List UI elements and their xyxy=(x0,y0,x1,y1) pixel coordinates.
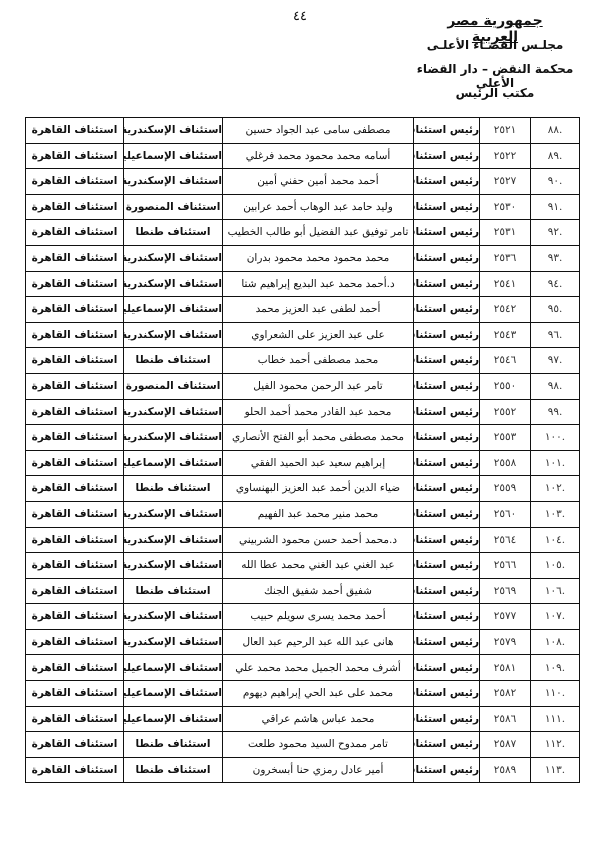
judge-name-cell: شفيق أحمد شفيق الجنك xyxy=(223,578,414,604)
judge-name-cell: أسامه محمد محمود محمد فرغلي xyxy=(223,143,414,169)
table-row: .٩٧٢٥٤٦رئيس استئنافمحمد مصطفى أحمد خطابا… xyxy=(26,348,580,374)
row-index-cell: .٨٩ xyxy=(531,143,580,169)
row-index-cell: .٩٥ xyxy=(531,297,580,323)
row-index-cell: .١١٢ xyxy=(531,732,580,758)
job-title-cell: رئيس استئناف xyxy=(414,297,480,323)
to-court-cell: استئناف القاهرة xyxy=(26,450,124,476)
from-court-cell: استئناف طنطا xyxy=(124,732,223,758)
row-index-cell: .١٠٧ xyxy=(531,604,580,630)
job-title-cell: رئيس استئناف xyxy=(414,220,480,246)
table-row: .٩٨٢٥٥٠رئيس استئنافتامر عبد الرحمن محمود… xyxy=(26,373,580,399)
table-row: .١٠٣٢٥٦٠رئيس استئنافمحمد منير محمد عبد ا… xyxy=(26,501,580,527)
job-title-cell: رئيس استئناف xyxy=(414,169,480,195)
job-title-cell: رئيس استئناف xyxy=(414,527,480,553)
job-title-cell: رئيس استئناف xyxy=(414,732,480,758)
judge-name-cell: أحمد محمد يسرى سويلم حبيب xyxy=(223,604,414,630)
table-row: .١١٢٢٥٨٧رئيس استئنافتامر ممدوح السيد محم… xyxy=(26,732,580,758)
seniority-number-cell: ٢٥٥٨ xyxy=(480,450,531,476)
to-court-cell: استئناف القاهرة xyxy=(26,629,124,655)
from-court-cell: استئناف الإسكندرية xyxy=(124,169,223,195)
to-court-cell: استئناف القاهرة xyxy=(26,578,124,604)
table-row: .٩٦٢٥٤٣رئيس استئنافعلى عبد العزيز على ال… xyxy=(26,322,580,348)
job-title-cell: رئيس استئناف xyxy=(414,655,480,681)
row-index-cell: .١١٣ xyxy=(531,757,580,783)
judge-name-cell: ضياء الدين أحمد عبد العزيز البهنساوي xyxy=(223,476,414,502)
to-court-cell: استئناف القاهرة xyxy=(26,169,124,195)
to-court-cell: استئناف القاهرة xyxy=(26,271,124,297)
table-row: .٩٣٢٥٣٦رئيس استئنافمحمد محمود محمد محمود… xyxy=(26,245,580,271)
seniority-number-cell: ٢٥٤٣ xyxy=(480,322,531,348)
seniority-number-cell: ٢٥٢٧ xyxy=(480,169,531,195)
row-index-cell: .١٠٢ xyxy=(531,476,580,502)
page-number: ٤٤ xyxy=(293,9,307,24)
table-row: .١٠٢٢٥٥٩رئيس استئنافضياء الدين أحمد عبد … xyxy=(26,476,580,502)
seniority-number-cell: ٢٥٤١ xyxy=(480,271,531,297)
from-court-cell: استئناف المنصورة xyxy=(124,373,223,399)
to-court-cell: استئناف القاهرة xyxy=(26,732,124,758)
judge-name-cell: وليد حامد عبد الوهاب أحمد عرابين xyxy=(223,194,414,220)
to-court-cell: استئناف القاهرة xyxy=(26,476,124,502)
from-court-cell: استئناف الإسكندرية xyxy=(124,118,223,144)
seniority-number-cell: ٢٥٣٠ xyxy=(480,194,531,220)
row-index-cell: .٩٩ xyxy=(531,399,580,425)
judge-name-cell: أحمد لطفى عبد العزيز محمد xyxy=(223,297,414,323)
seniority-number-cell: ٢٥٢٢ xyxy=(480,143,531,169)
table-row: .٩١٢٥٣٠رئيس استئنافوليد حامد عبد الوهاب … xyxy=(26,194,580,220)
judge-name-cell: د.محمد أحمد حسن محمود الشربيني xyxy=(223,527,414,553)
judge-name-cell: محمد مصطفى أحمد خطاب xyxy=(223,348,414,374)
to-court-cell: استئناف القاهرة xyxy=(26,348,124,374)
table-row: .١٠٧٢٥٧٧رئيس استئنافأحمد محمد يسرى سويلم… xyxy=(26,604,580,630)
row-index-cell: .١٠٩ xyxy=(531,655,580,681)
seniority-number-cell: ٢٥٥٢ xyxy=(480,399,531,425)
seniority-number-cell: ٢٥٣٦ xyxy=(480,245,531,271)
judge-name-cell: عبد الغني عبد الغني محمد عطا الله xyxy=(223,553,414,579)
judge-name-cell: محمد منير محمد عبد الفهيم xyxy=(223,501,414,527)
job-title-cell: رئيس استئناف xyxy=(414,757,480,783)
job-title-cell: رئيس استئناف xyxy=(414,143,480,169)
job-title-cell: رئيس استئناف xyxy=(414,629,480,655)
table-row: .١٠٩٢٥٨١رئيس استئنافأشرف محمد الجميل محم… xyxy=(26,655,580,681)
from-court-cell: استئناف الإسكندرية xyxy=(124,604,223,630)
job-title-cell: رئيس استئناف xyxy=(414,271,480,297)
to-court-cell: استئناف القاهرة xyxy=(26,553,124,579)
judge-name-cell: على عبد العزيز على الشعراوي xyxy=(223,322,414,348)
seniority-number-cell: ٢٥٣١ xyxy=(480,220,531,246)
from-court-cell: استئناف الإسكندرية xyxy=(124,425,223,451)
header-office: مكتب الرئيس xyxy=(425,86,565,100)
row-index-cell: .٩٧ xyxy=(531,348,580,374)
job-title-cell: رئيس استئناف xyxy=(414,578,480,604)
table-body: .٨٨٢٥٢١رئيس استئنافمصطفى سامى عبد الجواد… xyxy=(26,118,580,783)
table-row: .١١١٢٥٨٦رئيس استئنافمحمد عباس هاشم عراقي… xyxy=(26,706,580,732)
job-title-cell: رئيس استئناف xyxy=(414,604,480,630)
judge-name-cell: أمير عادل رمزي حنا أبسخرون xyxy=(223,757,414,783)
header-council: مجلـس القضـاء الأعلـى xyxy=(425,38,565,52)
table-row: .١٠٦٢٥٦٩رئيس استئنافشفيق أحمد شفيق الجنك… xyxy=(26,578,580,604)
row-index-cell: .١٠٨ xyxy=(531,629,580,655)
from-court-cell: استئناف الإسكندرية xyxy=(124,629,223,655)
job-title-cell: رئيس استئناف xyxy=(414,450,480,476)
from-court-cell: استئناف طنطا xyxy=(124,578,223,604)
judge-name-cell: محمد مصطفى محمد أبو الفتح الأنصاري xyxy=(223,425,414,451)
job-title-cell: رئيس استئناف xyxy=(414,501,480,527)
from-court-cell: استئناف الإسكندرية xyxy=(124,527,223,553)
job-title-cell: رئيس استئناف xyxy=(414,681,480,707)
judge-name-cell: أحمد محمد أمين حفني أمين xyxy=(223,169,414,195)
job-title-cell: رئيس استئناف xyxy=(414,425,480,451)
seniority-number-cell: ٢٥٨٧ xyxy=(480,732,531,758)
judge-name-cell: د.أحمد محمد عبد البديع إبراهيم شتا xyxy=(223,271,414,297)
table-row: .٩٢٢٥٣١رئيس استئنافتامر توفيق عبد الفضيل… xyxy=(26,220,580,246)
to-court-cell: استئناف القاهرة xyxy=(26,399,124,425)
row-index-cell: .١١٠ xyxy=(531,681,580,707)
judges-table: .٨٨٢٥٢١رئيس استئنافمصطفى سامى عبد الجواد… xyxy=(25,117,580,783)
row-index-cell: .٩٠ xyxy=(531,169,580,195)
to-court-cell: استئناف القاهرة xyxy=(26,527,124,553)
from-court-cell: استئناف الإسكندرية xyxy=(124,399,223,425)
from-court-cell: استئناف الإسماعيلية xyxy=(124,706,223,732)
row-index-cell: .١٠١ xyxy=(531,450,580,476)
to-court-cell: استئناف القاهرة xyxy=(26,118,124,144)
judge-name-cell: إبراهيم سعيد عبد الحميد الفقي xyxy=(223,450,414,476)
seniority-number-cell: ٢٥٤٢ xyxy=(480,297,531,323)
seniority-number-cell: ٢٥٦٠ xyxy=(480,501,531,527)
table-row: .٨٨٢٥٢١رئيس استئنافمصطفى سامى عبد الجواد… xyxy=(26,118,580,144)
row-index-cell: .١٠٦ xyxy=(531,578,580,604)
row-index-cell: .٩٨ xyxy=(531,373,580,399)
seniority-number-cell: ٢٥٥٩ xyxy=(480,476,531,502)
row-index-cell: .١٠٤ xyxy=(531,527,580,553)
seniority-number-cell: ٢٥٨١ xyxy=(480,655,531,681)
to-court-cell: استئناف القاهرة xyxy=(26,706,124,732)
judge-name-cell: هانى عبد الله عبد الرحيم عبد العال xyxy=(223,629,414,655)
from-court-cell: استئناف طنطا xyxy=(124,348,223,374)
job-title-cell: رئيس استئناف xyxy=(414,553,480,579)
judge-name-cell: أشرف محمد الجميل محمد محمد علي xyxy=(223,655,414,681)
row-index-cell: .٩٢ xyxy=(531,220,580,246)
table-row: .١٠٤٢٥٦٤رئيس استئنافد.محمد أحمد حسن محمو… xyxy=(26,527,580,553)
row-index-cell: .٩٦ xyxy=(531,322,580,348)
table-row: .١٠٨٢٥٧٩رئيس استئنافهانى عبد الله عبد ال… xyxy=(26,629,580,655)
to-court-cell: استئناف القاهرة xyxy=(26,245,124,271)
table-row: .٩٠٢٥٢٧رئيس استئنافأحمد محمد أمين حفني أ… xyxy=(26,169,580,195)
to-court-cell: استئناف القاهرة xyxy=(26,655,124,681)
to-court-cell: استئناف القاهرة xyxy=(26,322,124,348)
job-title-cell: رئيس استئناف xyxy=(414,118,480,144)
from-court-cell: استئناف الإسماعيلية xyxy=(124,450,223,476)
seniority-number-cell: ٢٥٤٦ xyxy=(480,348,531,374)
from-court-cell: استئناف طنطا xyxy=(124,757,223,783)
from-court-cell: استئناف الإسماعيلية xyxy=(124,681,223,707)
row-index-cell: .٩٤ xyxy=(531,271,580,297)
job-title-cell: رئيس استئناف xyxy=(414,476,480,502)
table-row: .١١٣٢٥٨٩رئيس استئنافأمير عادل رمزي حنا أ… xyxy=(26,757,580,783)
from-court-cell: استئناف الإسكندرية xyxy=(124,271,223,297)
to-court-cell: استئناف القاهرة xyxy=(26,501,124,527)
to-court-cell: استئناف القاهرة xyxy=(26,425,124,451)
from-court-cell: استئناف الإسماعيلية xyxy=(124,297,223,323)
row-index-cell: .١٠٥ xyxy=(531,553,580,579)
job-title-cell: رئيس استئناف xyxy=(414,348,480,374)
seniority-number-cell: ٢٥٥٣ xyxy=(480,425,531,451)
seniority-number-cell: ٢٥٦٦ xyxy=(480,553,531,579)
judge-name-cell: محمد عبد القادر محمد أحمد الحلو xyxy=(223,399,414,425)
table-row: .٨٩٢٥٢٢رئيس استئنافأسامه محمد محمود محمد… xyxy=(26,143,580,169)
judge-name-cell: محمد عباس هاشم عراقي xyxy=(223,706,414,732)
seniority-number-cell: ٢٥٧٩ xyxy=(480,629,531,655)
seniority-number-cell: ٢٥٦٩ xyxy=(480,578,531,604)
table-row: .١٠١٢٥٥٨رئيس استئنافإبراهيم سعيد عبد الح… xyxy=(26,450,580,476)
seniority-number-cell: ٢٥٢١ xyxy=(480,118,531,144)
to-court-cell: استئناف القاهرة xyxy=(26,143,124,169)
row-index-cell: .١١١ xyxy=(531,706,580,732)
job-title-cell: رئيس استئناف xyxy=(414,245,480,271)
from-court-cell: استئناف الإسماعيلية xyxy=(124,143,223,169)
table-row: .١١٠٢٥٨٢رئيس استئنافمحمد على عبد الحي إب… xyxy=(26,681,580,707)
to-court-cell: استئناف القاهرة xyxy=(26,757,124,783)
row-index-cell: .٨٨ xyxy=(531,118,580,144)
seniority-number-cell: ٢٥٨٦ xyxy=(480,706,531,732)
judge-name-cell: تامر عبد الرحمن محمود الفيل xyxy=(223,373,414,399)
table-row: .٩٩٢٥٥٢رئيس استئنافمحمد عبد القادر محمد … xyxy=(26,399,580,425)
table-row: .١٠٥٢٥٦٦رئيس استئنافعبد الغني عبد الغني … xyxy=(26,553,580,579)
seniority-number-cell: ٢٥٥٠ xyxy=(480,373,531,399)
from-court-cell: استئناف الإسكندرية xyxy=(124,245,223,271)
table-row: .١٠٠٢٥٥٣رئيس استئنافمحمد مصطفى محمد أبو … xyxy=(26,425,580,451)
seniority-number-cell: ٢٥٨٩ xyxy=(480,757,531,783)
row-index-cell: .٩١ xyxy=(531,194,580,220)
judge-name-cell: محمد على عبد الحي إبراهيم ديهوم xyxy=(223,681,414,707)
job-title-cell: رئيس استئناف xyxy=(414,194,480,220)
job-title-cell: رئيس استئناف xyxy=(414,322,480,348)
seniority-number-cell: ٢٥٦٤ xyxy=(480,527,531,553)
from-court-cell: استئناف المنصورة xyxy=(124,194,223,220)
job-title-cell: رئيس استئناف xyxy=(414,399,480,425)
judge-name-cell: تامر توفيق عبد الفضيل أبو طالب الخطيب xyxy=(223,220,414,246)
judge-name-cell: تامر ممدوح السيد محمود طلعت xyxy=(223,732,414,758)
row-index-cell: .١٠٠ xyxy=(531,425,580,451)
to-court-cell: استئناف القاهرة xyxy=(26,297,124,323)
row-index-cell: .٩٣ xyxy=(531,245,580,271)
job-title-cell: رئيس استئناف xyxy=(414,373,480,399)
seniority-number-cell: ٢٥٨٢ xyxy=(480,681,531,707)
from-court-cell: استئناف الإسماعيلية xyxy=(124,655,223,681)
to-court-cell: استئناف القاهرة xyxy=(26,194,124,220)
judge-name-cell: مصطفى سامى عبد الجواد حسين xyxy=(223,118,414,144)
seniority-number-cell: ٢٥٧٧ xyxy=(480,604,531,630)
to-court-cell: استئناف القاهرة xyxy=(26,220,124,246)
to-court-cell: استئناف القاهرة xyxy=(26,681,124,707)
from-court-cell: استئناف الإسكندرية xyxy=(124,322,223,348)
to-court-cell: استئناف القاهرة xyxy=(26,604,124,630)
from-court-cell: استئناف الإسكندرية xyxy=(124,501,223,527)
table-row: .٩٤٢٥٤١رئيس استئنافد.أحمد محمد عبد البدي… xyxy=(26,271,580,297)
job-title-cell: رئيس استئناف xyxy=(414,706,480,732)
judge-name-cell: محمد محمود محمد محمود بدران xyxy=(223,245,414,271)
from-court-cell: استئناف طنطا xyxy=(124,220,223,246)
from-court-cell: استئناف الإسكندرية xyxy=(124,553,223,579)
from-court-cell: استئناف طنطا xyxy=(124,476,223,502)
table-row: .٩٥٢٥٤٢رئيس استئنافأحمد لطفى عبد العزيز … xyxy=(26,297,580,323)
to-court-cell: استئناف القاهرة xyxy=(26,373,124,399)
row-index-cell: .١٠٣ xyxy=(531,501,580,527)
